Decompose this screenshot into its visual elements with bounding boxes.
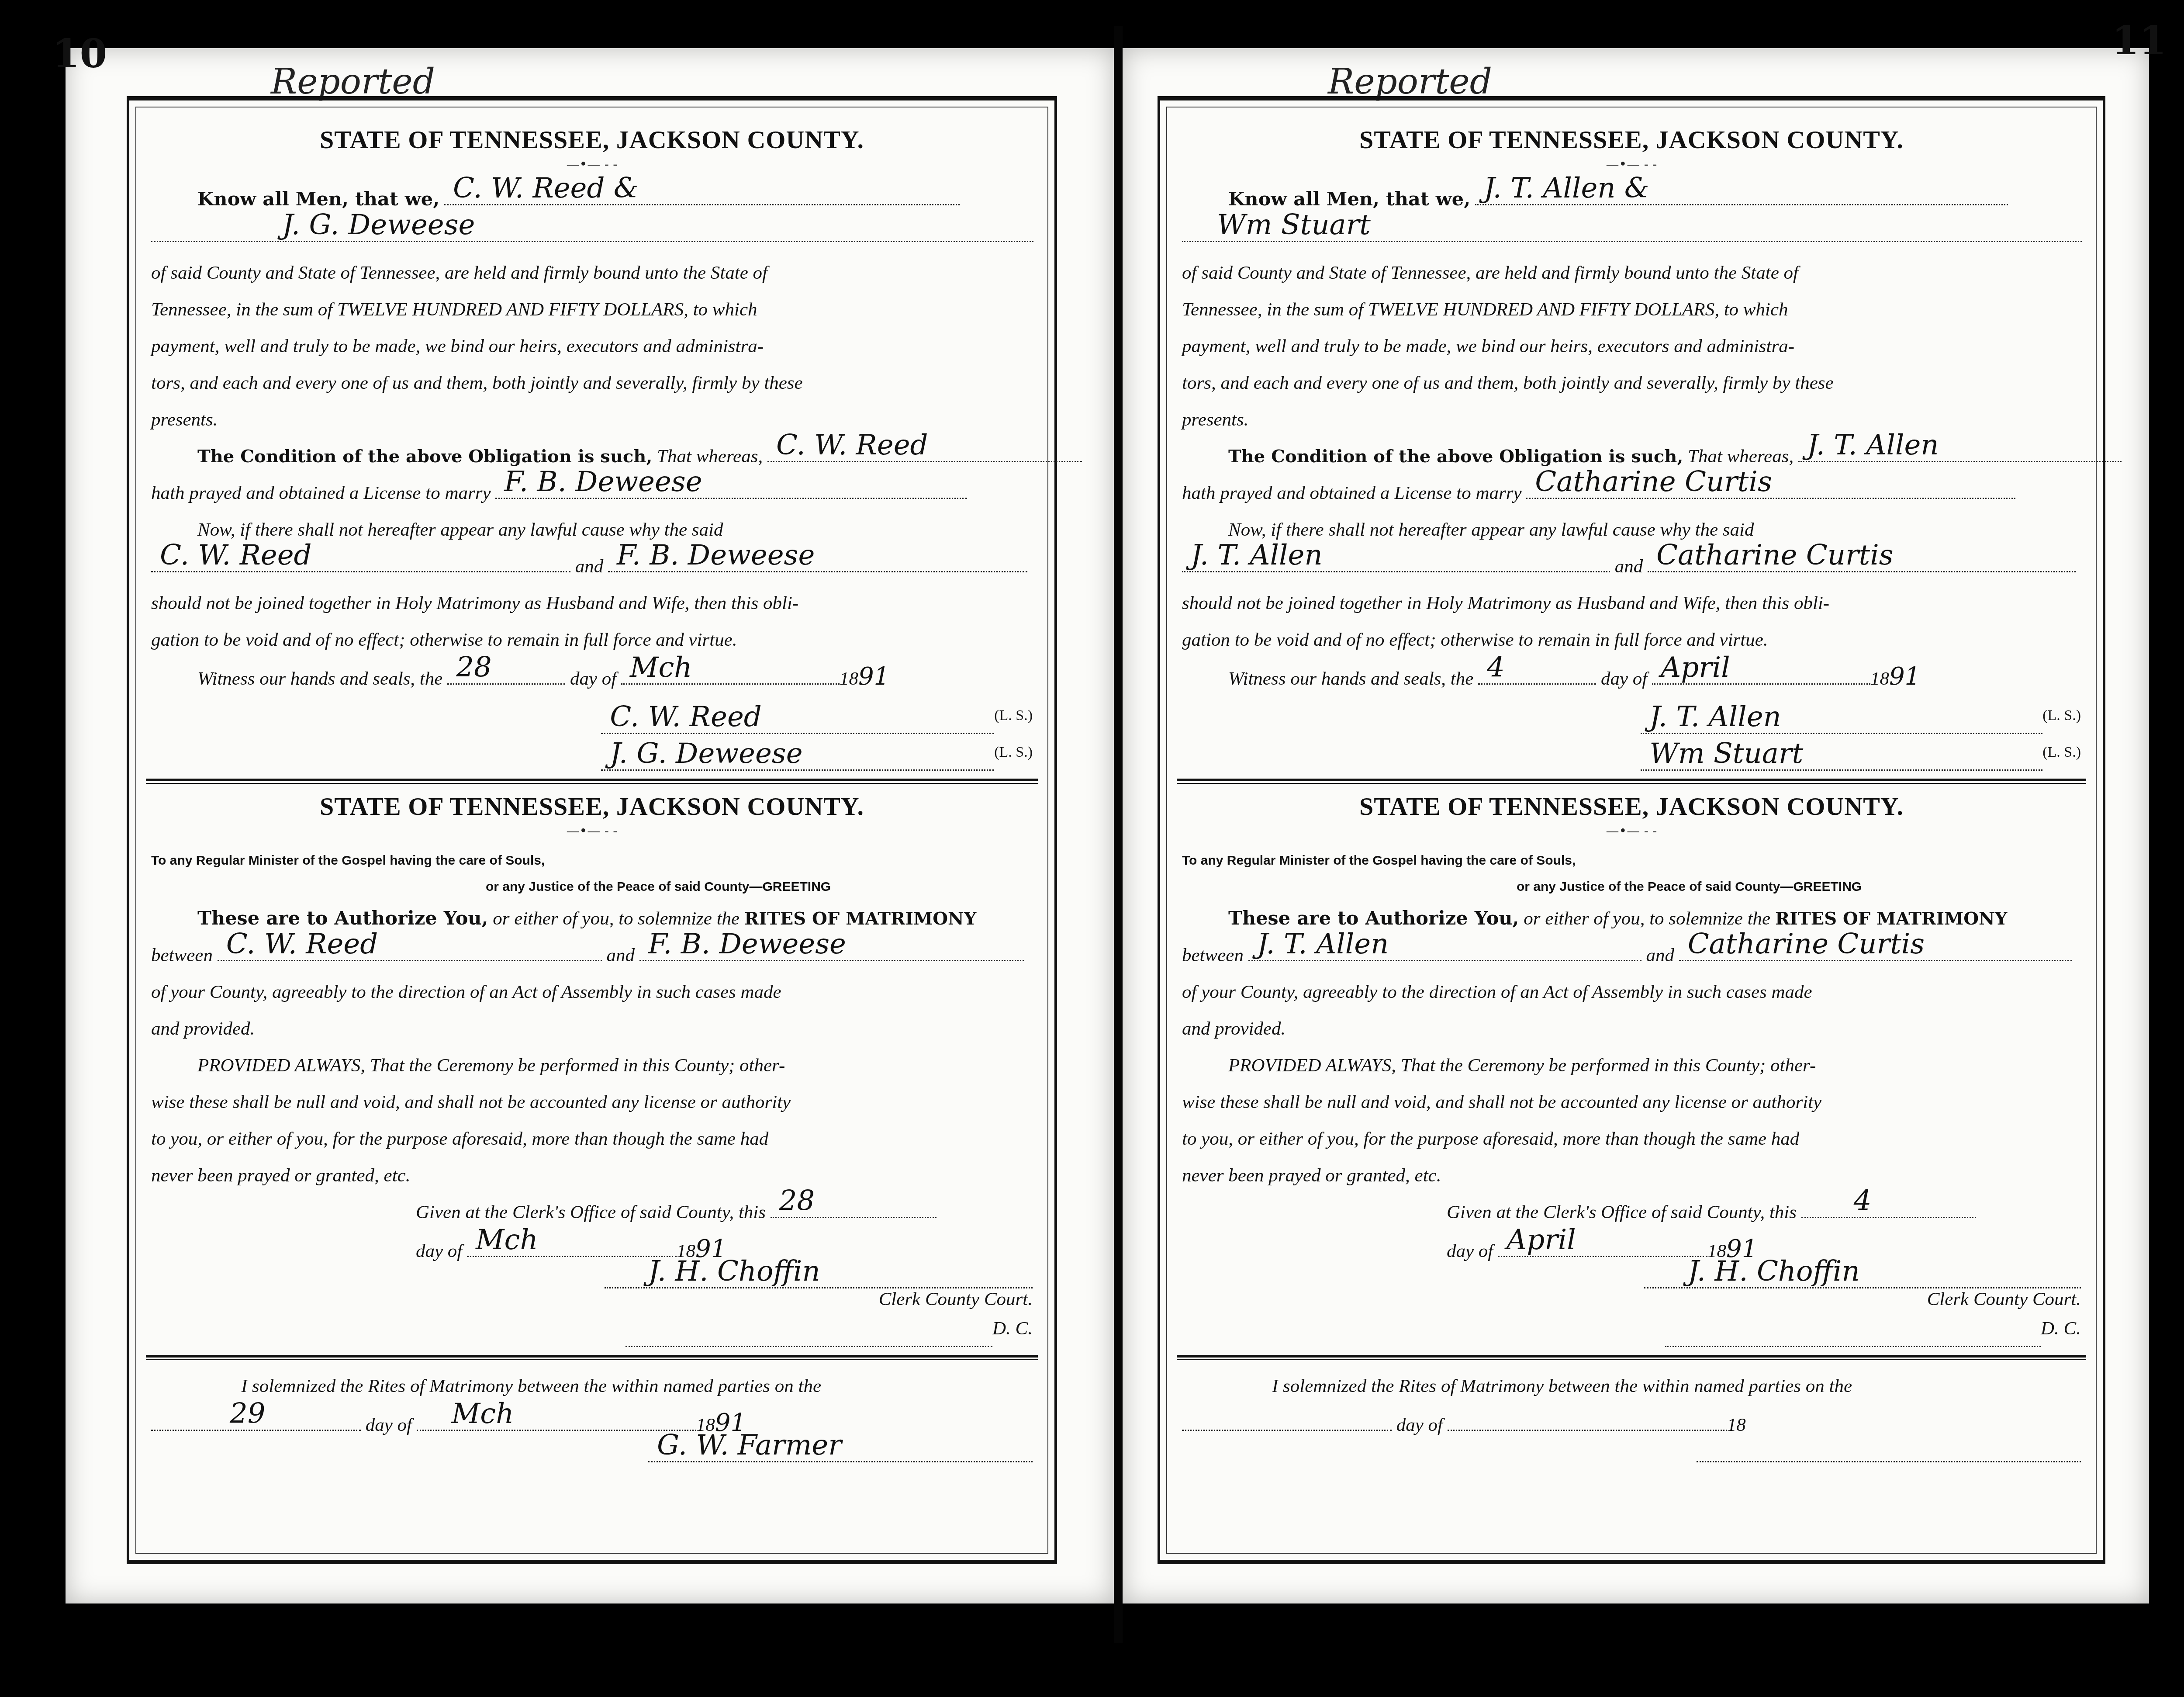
- marriage-record-form: STATE OF TENNESSEE, JACKSON COUNTY. —•— …: [1158, 96, 2105, 1564]
- license-party-1: J. T. Allen: [1257, 926, 1389, 963]
- bond-body-7: gation to be void and of no effect; othe…: [136, 622, 1047, 658]
- license-party-1: C. W. Reed: [226, 926, 378, 963]
- bond-body-4: tors, and each and every one of us and t…: [1167, 365, 2096, 402]
- signature-2: J. G. Deweese: [610, 735, 802, 772]
- witness-year: 91: [858, 662, 889, 691]
- given-day-field: 4: [1801, 1199, 1976, 1218]
- section-divider: [1177, 1355, 2086, 1360]
- provided-2: wise these shall be null and void, and s…: [1167, 1084, 2096, 1121]
- bond-heading: STATE OF TENNESSEE, JACKSON COUNTY.: [136, 125, 1047, 154]
- marriage-license-section: STATE OF TENNESSEE, JACKSON COUNTY. —•— …: [136, 792, 1047, 1347]
- marriage-return-section: I solemnized the Rites of Matrimony betw…: [136, 1368, 1047, 1462]
- obligor-1: J. T. Allen &: [1484, 170, 1649, 207]
- and-label: and: [606, 945, 635, 966]
- witness-month-field: April: [1652, 666, 1870, 685]
- book-gutter: [1114, 26, 1123, 1643]
- obligor-2: J. G. Deweese: [282, 207, 475, 243]
- witness-text: Witness our hands and seals, the: [1228, 668, 1473, 689]
- obligor-2-field: J. G. Deweese: [151, 223, 1033, 242]
- bond-body-4: tors, and each and every one of us and t…: [136, 365, 1047, 402]
- dc-field: [1665, 1328, 2041, 1347]
- license-body-1: of your County, agreeably to the directi…: [136, 974, 1047, 1011]
- given-month: Mch: [476, 1222, 538, 1258]
- license-body-2: and provided.: [136, 1011, 1047, 1047]
- seal-label: (L. S.): [2042, 734, 2081, 771]
- and-label: and: [1646, 945, 1674, 966]
- officiant-field: G. W. Farmer: [648, 1444, 1033, 1462]
- address-line-2: or any Justice of the Peace of said Coun…: [1167, 874, 2096, 900]
- between-label: between: [1182, 945, 1244, 966]
- provided-2: wise these shall be null and void, and s…: [136, 1084, 1047, 1121]
- license-heading: STATE OF TENNESSEE, JACKSON COUNTY.: [136, 792, 1047, 821]
- page-10: 10 Reported STATE OF TENNESSEE, JACKSON …: [66, 48, 1114, 1603]
- clerk-signature-field: J. H. Choffin: [605, 1270, 1033, 1288]
- spouse: Catharine Curtis: [1535, 464, 1772, 500]
- signature-1-field: C. W. Reed: [601, 715, 994, 734]
- party-2: F. B. Deweese: [617, 537, 815, 574]
- bond-body-1: of said County and State of Tennessee, a…: [136, 255, 1047, 291]
- license-heading: STATE OF TENNESSEE, JACKSON COUNTY.: [1167, 792, 2096, 821]
- marriage-record-form: STATE OF TENNESSEE, JACKSON COUNTY. —•— …: [127, 96, 1057, 1564]
- spouse-field: F. B. Deweese: [495, 480, 967, 499]
- witness-month-field: Mch: [621, 666, 840, 685]
- return-month: Mch: [452, 1396, 514, 1432]
- between-label: between: [151, 945, 213, 966]
- return-text: I solemnized the Rites of Matrimony betw…: [136, 1368, 1047, 1405]
- signature-2-field: Wm Stuart: [1641, 752, 2042, 771]
- address-line-1: To any Regular Minister of the Gospel ha…: [1167, 848, 2096, 874]
- provided-3: to you, or either of you, for the purpos…: [1167, 1121, 2096, 1157]
- clerk-signature: J. H. Choffin: [1688, 1253, 1860, 1290]
- dc-label: D. C.: [992, 1310, 1033, 1347]
- year-prefix: 18: [840, 668, 858, 689]
- given-month: April: [1507, 1222, 1576, 1258]
- applicant-field: J. T. Allen: [1798, 443, 2122, 462]
- obligor-1: C. W. Reed &: [453, 170, 639, 207]
- bond-body-3: payment, well and truly to be made, we b…: [1167, 328, 2096, 365]
- officiant-field: [1697, 1444, 2081, 1462]
- bond-body-6: should not be joined together in Holy Ma…: [1167, 585, 2096, 622]
- document-spread: 10 Reported STATE OF TENNESSEE, JACKSON …: [0, 0, 2184, 1697]
- bond-body-3: payment, well and truly to be made, we b…: [136, 328, 1047, 365]
- bond-body-6: should not be joined together in Holy Ma…: [136, 585, 1047, 622]
- given-month-field: April: [1498, 1238, 1707, 1257]
- section-divider: [146, 1355, 1038, 1360]
- given-day: 4: [1854, 1183, 1872, 1219]
- seal-label: (L. S.): [2042, 697, 2081, 734]
- party-2-field: F. B. Deweese: [608, 554, 1027, 572]
- signature-1: C. W. Reed: [610, 699, 762, 735]
- obligor-2-field: Wm Stuart: [1182, 223, 2082, 242]
- address-line-1: To any Regular Minister of the Gospel ha…: [136, 848, 1047, 874]
- dc-label: D. C.: [2041, 1310, 2081, 1347]
- bond-heading: STATE OF TENNESSEE, JACKSON COUNTY.: [1167, 125, 2096, 154]
- obligor-1-field: C. W. Reed &: [444, 187, 960, 205]
- witness-year: 91: [1889, 662, 1920, 691]
- day-of-label: day of: [1396, 1415, 1443, 1435]
- license-body-1: of your County, agreeably to the directi…: [1167, 974, 2096, 1011]
- license-party-2-field: Catharine Curtis: [1679, 942, 2072, 961]
- license-party-1-field: C. W. Reed: [218, 942, 602, 961]
- given-day-field: 28: [771, 1199, 936, 1218]
- given-month-field: Mch: [467, 1238, 677, 1257]
- provided-1: PROVIDED ALWAYS, That the Ceremony be pe…: [136, 1047, 1047, 1084]
- clerk-title: Clerk County Court.: [1167, 1288, 2096, 1310]
- page-11: 11 Reported STATE OF TENNESSEE, JACKSON …: [1123, 48, 2149, 1603]
- and-label: and: [575, 556, 604, 577]
- return-day-field: 29: [151, 1412, 361, 1431]
- witness-text: Witness our hands and seals, the: [197, 668, 442, 689]
- witness-month: Mch: [630, 649, 692, 686]
- party-1-field: J. T. Allen: [1182, 554, 1610, 572]
- seal-label: (L. S.): [994, 697, 1033, 734]
- section-divider: [146, 779, 1038, 784]
- license-party-2: Catharine Curtis: [1688, 926, 1925, 963]
- spouse-field: Catharine Curtis: [1526, 480, 2015, 499]
- given-text: Given at the Clerk's Office of said Coun…: [1447, 1202, 1797, 1223]
- applicant: C. W. Reed: [776, 427, 928, 464]
- and-label: and: [1615, 556, 1643, 577]
- day-of-label: day of: [366, 1415, 412, 1435]
- provided-4: never been prayed or granted, etc.: [1167, 1157, 2096, 1194]
- obligor-1-field: J. T. Allen &: [1475, 187, 2008, 205]
- license-party-1-field: J. T. Allen: [1248, 942, 1641, 961]
- provided-1: PROVIDED ALWAYS, That the Ceremony be pe…: [1167, 1047, 2096, 1084]
- marriage-bond-section: STATE OF TENNESSEE, JACKSON COUNTY. —•— …: [136, 125, 1047, 771]
- ornament-divider: —•— - -: [1167, 824, 2096, 839]
- day-of-label: day of: [416, 1241, 462, 1261]
- provided-4: never been prayed or granted, etc.: [136, 1157, 1047, 1194]
- signature-1-field: J. T. Allen: [1641, 715, 2042, 734]
- year-prefix: 18: [1870, 668, 1889, 689]
- return-month-field: Mch: [417, 1412, 696, 1431]
- party-1: J. T. Allen: [1191, 537, 1323, 574]
- clerk-signature: J. H. Choffin: [648, 1253, 820, 1290]
- given-day: 28: [779, 1183, 815, 1219]
- witness-day: 4: [1487, 649, 1505, 686]
- page-number: 11: [2112, 17, 2167, 64]
- applicant-field: C. W. Reed: [767, 443, 1082, 462]
- spouse: F. B. Deweese: [504, 464, 702, 500]
- party-1: C. W. Reed: [160, 537, 312, 574]
- witness-day-field: 4: [1478, 666, 1596, 685]
- witness-day: 28: [456, 649, 491, 686]
- party-2-field: Catharine Curtis: [1648, 554, 2076, 572]
- witness-day-field: 28: [447, 666, 565, 685]
- bond-body-2: Tennessee, in the sum of TWELVE HUNDRED …: [136, 291, 1047, 328]
- return-month-field: [1448, 1412, 1727, 1431]
- return-day-field: [1182, 1412, 1392, 1431]
- clerk-signature-field: J. H. Choffin: [1644, 1270, 2081, 1288]
- marriage-bond-section: STATE OF TENNESSEE, JACKSON COUNTY. —•— …: [1167, 125, 2096, 771]
- applicant: J. T. Allen: [1807, 427, 1939, 464]
- return-day: 29: [230, 1396, 265, 1432]
- day-of-label: day of: [1447, 1241, 1493, 1261]
- witness-month: April: [1661, 649, 1730, 686]
- marriage-return-section: I solemnized the Rites of Matrimony betw…: [1167, 1368, 2096, 1462]
- license-body-2: and provided.: [1167, 1011, 2096, 1047]
- officiant-signature: G. W. Farmer: [657, 1427, 842, 1464]
- seal-label: (L. S.): [994, 734, 1033, 771]
- license-party-2: F. B. Deweese: [648, 926, 846, 963]
- bond-body-1: of said County and State of Tennessee, a…: [1167, 255, 2096, 291]
- given-text: Given at the Clerk's Office of said Coun…: [416, 1202, 766, 1223]
- signature-2-field: J. G. Deweese: [601, 752, 994, 771]
- provided-3: to you, or either of you, for the purpos…: [136, 1121, 1047, 1157]
- return-text: I solemnized the Rites of Matrimony betw…: [1167, 1368, 2096, 1405]
- day-of-label: day of: [1601, 668, 1647, 689]
- license-party-2-field: F. B. Deweese: [639, 942, 1024, 961]
- year-prefix: 18: [1727, 1415, 1746, 1435]
- dc-field: [625, 1328, 992, 1347]
- party-2: Catharine Curtis: [1656, 537, 1894, 574]
- party-1-field: C. W. Reed: [151, 554, 570, 572]
- page-number: 10: [52, 31, 107, 77]
- signature-1: J. T. Allen: [1649, 699, 1781, 735]
- bond-body-2: Tennessee, in the sum of TWELVE HUNDRED …: [1167, 291, 2096, 328]
- day-of-label: day of: [570, 668, 616, 689]
- marriage-license-section: STATE OF TENNESSEE, JACKSON COUNTY. —•— …: [1167, 792, 2096, 1347]
- license-text: hath prayed and obtained a License to ma…: [1182, 483, 1522, 503]
- clerk-title: Clerk County Court.: [136, 1288, 1047, 1310]
- obligor-2: Wm Stuart: [1217, 207, 1371, 243]
- bond-body-7: gation to be void and of no effect; othe…: [1167, 622, 2096, 658]
- bond-body-5: presents.: [1167, 402, 2096, 438]
- license-text: hath prayed and obtained a License to ma…: [151, 483, 491, 503]
- ornament-divider: —•— - -: [136, 824, 1047, 839]
- signature-2: Wm Stuart: [1649, 735, 1803, 772]
- address-line-2: or any Justice of the Peace of said Coun…: [136, 874, 1047, 900]
- section-divider: [1177, 779, 2086, 784]
